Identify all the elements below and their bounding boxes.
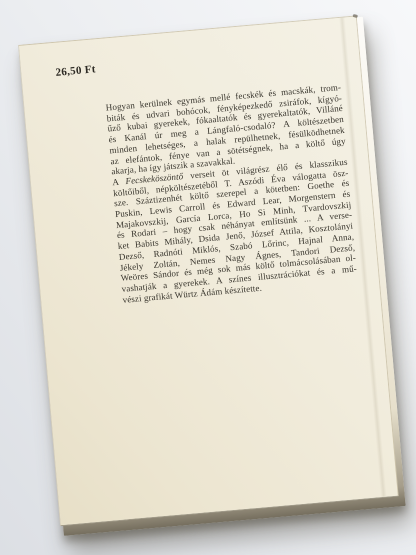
corner-wear-mark [352,14,358,18]
book-back-cover: 26,50 Ft Hogyan kerülnek egymás mellé fe… [18,15,399,526]
blurb-text: A [112,176,126,187]
blurb: Hogyan kerülnek egymás mellé fecskék és … [105,82,358,305]
price-label: 26,50 Ft [55,63,96,78]
photo-background: 26,50 Ft Hogyan kerülnek egymás mellé fe… [0,0,416,555]
book: 26,50 Ft Hogyan kerülnek egymás mellé fe… [18,15,399,526]
